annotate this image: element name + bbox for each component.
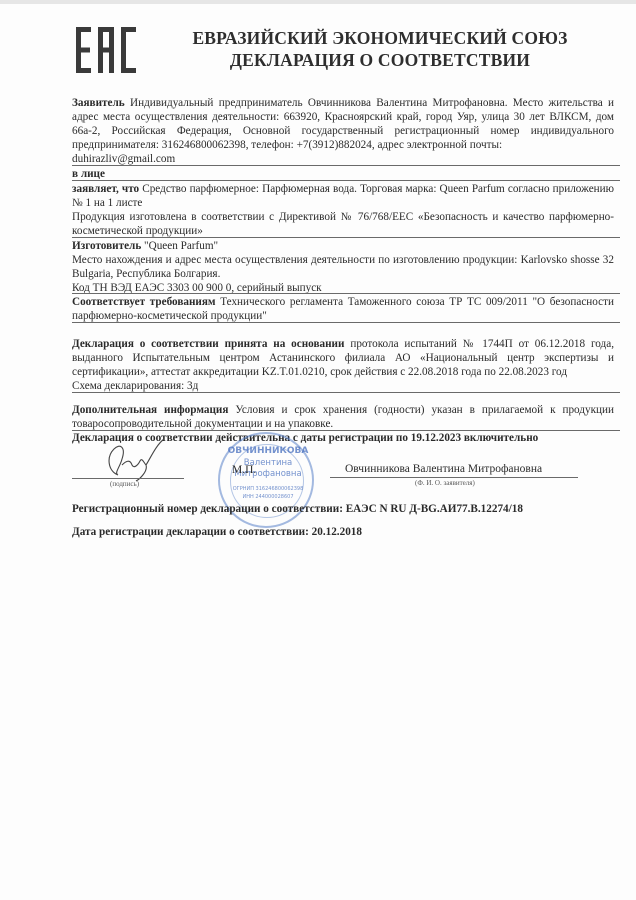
applicant-label: Заявитель bbox=[72, 97, 125, 109]
basis-section: Декларация о соответствии принята на осн… bbox=[72, 337, 614, 393]
registration-date-section: Дата регистрации декларации о соответств… bbox=[72, 525, 632, 539]
divider bbox=[72, 237, 620, 238]
applicant-text: Индивидуальный предприниматель Овчиннико… bbox=[72, 97, 614, 151]
divider bbox=[72, 180, 620, 181]
manufacturer-name: "Queen Parfum" bbox=[144, 240, 218, 252]
registration-number-label: Регистрационный номер декларации о соотв… bbox=[72, 503, 343, 515]
seal-place-mark: М.П. bbox=[232, 464, 256, 476]
product-description: Средство парфюмерное: Парфюмерная вода. … bbox=[72, 183, 614, 209]
title-union: ЕВРАЗИЙСКИЙ ЭКОНОМИЧЕСКИЙ СОЮЗ bbox=[170, 27, 590, 49]
manufacturer-section: Изготовитель "Queen Parfum" Место нахожд… bbox=[72, 239, 614, 295]
production-standard: Продукция изготовлена в соответствии с Д… bbox=[72, 211, 614, 237]
represented-by-section: в лице bbox=[72, 167, 614, 181]
registration-number-section: Регистрационный номер декларации о соотв… bbox=[72, 502, 632, 516]
represented-by-label: в лице bbox=[72, 168, 105, 180]
applicant-full-name: Овчинникова Валентина Митрофановна bbox=[345, 462, 565, 476]
basis-label: Декларация о соответствии принята на осн… bbox=[72, 338, 344, 350]
name-caption: (Ф. И. О. заявителя) bbox=[415, 479, 475, 487]
signature-caption: (подпись) bbox=[110, 480, 139, 488]
compliance-section: Соответствует требованиям Технического р… bbox=[72, 295, 614, 323]
scan-top-edge bbox=[0, 0, 636, 4]
declares-section: заявляет, что Средство парфюмерное: Парф… bbox=[72, 182, 614, 238]
stamp-surname: ОВЧИННИКОВА bbox=[220, 446, 316, 456]
divider bbox=[72, 293, 620, 294]
eac-mark-icon bbox=[76, 27, 138, 73]
divider bbox=[72, 392, 620, 393]
registration-date: 20.12.2018 bbox=[312, 526, 362, 538]
declaration-scheme: Схема декларирования: 3д bbox=[72, 380, 198, 392]
divider bbox=[72, 165, 620, 166]
additional-info-label: Дополнительная информация bbox=[72, 404, 228, 416]
divider bbox=[72, 322, 620, 323]
declares-label: заявляет, что bbox=[72, 183, 139, 195]
stamp-inn: ИНН 244000028607 bbox=[220, 494, 316, 500]
registration-number: ЕАЭС N RU Д-BG.АИ77.В.12274/18 bbox=[346, 503, 523, 515]
additional-info-section: Дополнительная информация Условия и срок… bbox=[72, 403, 614, 431]
stamp-ogrnip: ОГРНИП 316246800062398 bbox=[220, 486, 316, 492]
compliance-label: Соответствует требованиям bbox=[72, 296, 216, 308]
name-line bbox=[330, 477, 578, 478]
registration-date-label: Дата регистрации декларации о соответств… bbox=[72, 526, 309, 538]
document-title: ЕВРАЗИЙСКИЙ ЭКОНОМИЧЕСКИЙ СОЮЗ ДЕКЛАРАЦИ… bbox=[170, 27, 590, 71]
manufacturer-address: Место нахождения и адрес места осуществл… bbox=[72, 254, 614, 280]
manufacturer-label: Изготовитель bbox=[72, 240, 141, 252]
title-declaration: ДЕКЛАРАЦИЯ О СООТВЕТСТВИИ bbox=[170, 49, 590, 71]
applicant-email: duhirazliv@gmail.com bbox=[72, 153, 175, 165]
applicant-section: Заявитель Индивидуальный предприниматель… bbox=[72, 96, 614, 166]
signature-line bbox=[72, 478, 184, 479]
